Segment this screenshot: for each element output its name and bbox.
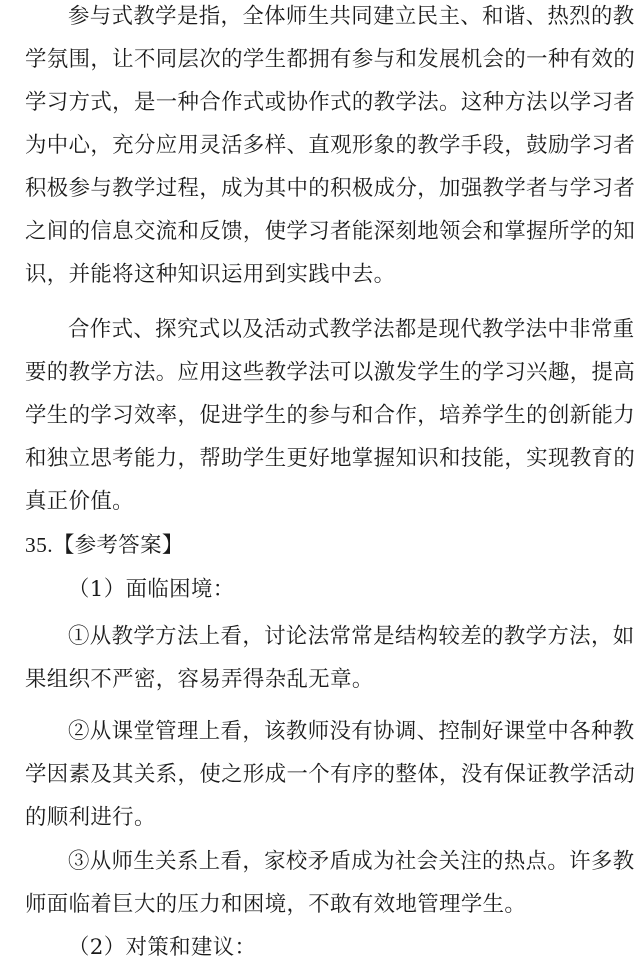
text-line: 学氛围，让不同层次的学生都拥有参与和发展机会的一种有效的	[25, 45, 634, 75]
text-line: 果组织不严密，容易弄得杂乱无章。	[25, 665, 374, 695]
text-line: 学习方式，是一种合作式或协作式的教学法。这种方法以学习者	[25, 88, 634, 118]
text-line: 的顺利进行。	[25, 803, 156, 833]
text-line: 和独立思考能力，帮助学生更好地掌握知识和技能，实现教育的	[25, 444, 634, 474]
text-line: 积极参与教学过程，成为其中的积极成分，加强教学者与学习者	[25, 174, 634, 204]
answer-heading: 35.【参考答案】	[25, 530, 184, 560]
text-line: ①从教学方法上看，讨论法常常是结构较差的教学方法，如	[68, 622, 634, 652]
text-line: 为中心，充分应用灵活多样、直观形象的教学手段，鼓励学习者	[25, 131, 634, 161]
text-line: 学生的学习效率，促进学生的参与和合作，培养学生的创新能力	[25, 401, 634, 431]
text-line: 真正价值。	[25, 487, 134, 517]
text-line: 师面临着巨大的压力和困境，不敢有效地管理学生。	[25, 890, 526, 920]
text-line: 合作式、探究式以及活动式教学法都是现代教学法中非常重	[68, 315, 634, 345]
text-line: 学因素及其关系，使之形成一个有序的整体，没有保证教学活动	[25, 760, 634, 790]
section-heading-countermeasures: （2）对策和建议：	[68, 933, 256, 963]
text-line: ②从课堂管理上看，该教师没有协调、控制好课堂中各种教	[68, 717, 634, 747]
text-line: ③从师生关系上看，家校矛盾成为社会关注的热点。许多教	[68, 847, 634, 877]
section-heading-difficulties: （1）面临困境：	[68, 575, 235, 605]
text-line: 之间的信息交流和反馈，使学习者能深刻地领会和掌握所学的知	[25, 217, 634, 247]
text-line: 识，并能将这种知识运用到实践中去。	[25, 260, 395, 290]
text-line: 要的教学方法。应用这些教学法可以激发学生的学习兴趣，提高	[25, 358, 634, 388]
text-line: 参与式教学是指，全体师生共同建立民主、和谐、热烈的教	[68, 2, 634, 32]
